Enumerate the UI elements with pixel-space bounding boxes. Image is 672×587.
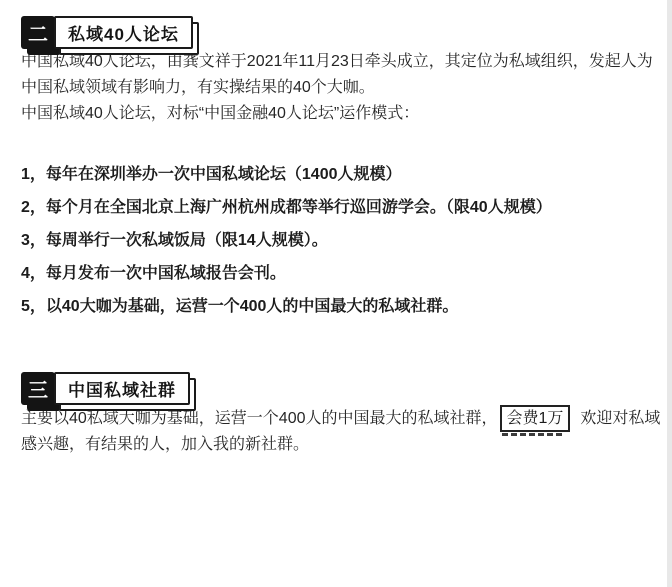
scrollbar-track[interactable]: [667, 0, 672, 587]
paragraph-forum-benchmark: 中国私域40人论坛，对标“中国金融40人论坛”运作模式：: [21, 101, 661, 127]
section-community: 三 中国私域社群 主要以40私域大咖为基础，运营一个400人的中国最大的私域社群…: [21, 372, 661, 458]
list-item: 4，每月发布一次中国私域报告会刊。: [21, 261, 661, 287]
badge-row: 三 中国私域社群: [21, 372, 661, 405]
section-badge-forum: 二 私域40人论坛: [21, 16, 193, 49]
operation-mode-list: 1，每年在深圳举办一次中国私域论坛（1400人规模） 2，每个月在全国北京上海广…: [21, 162, 661, 320]
paragraph-forum-intro: 中国私域40人论坛，由龚文祥于2021年11月23日牵头成立，其定位为私域组织，…: [21, 49, 661, 101]
membership-fee-highlight: 会费1万: [500, 405, 571, 432]
badge-front: 三 中国私域社群: [21, 372, 190, 405]
article-content: 二 私域40人论坛 中国私域40人论坛，由龚文祥于2021年11月23日牵头成立…: [21, 16, 661, 458]
section-number-icon: 二: [21, 16, 55, 49]
list-item: 2，每个月在全国北京上海广州杭州成都等举行巡回游学会。（限40人规模）: [21, 195, 661, 221]
list-item: 5，以40大咖为基础，运营一个400人的中国最大的私域社群。: [21, 294, 661, 320]
section-number-icon: 三: [21, 372, 55, 405]
closing-text-before: 主要以40私域大咖为基础，运营一个400人的中国最大的私域社群，: [21, 410, 498, 427]
badge-front: 二 私域40人论坛: [21, 16, 193, 49]
section-title: 私域40人论坛: [54, 16, 193, 49]
list-item: 3，每周举行一次私域饭局（限14人规模）。: [21, 228, 661, 254]
list-item: 1，每年在深圳举办一次中国私域论坛（1400人规模）: [21, 162, 661, 188]
section-badge-community: 三 中国私域社群: [21, 372, 190, 405]
section-title: 中国私域社群: [54, 372, 190, 405]
paragraph-community: 主要以40私域大咖为基础，运营一个400人的中国最大的私域社群，会费1万欢迎对私…: [21, 405, 661, 458]
article-page: 二 私域40人论坛 中国私域40人论坛，由龚文祥于2021年11月23日牵头成立…: [0, 0, 672, 587]
section-forum: 二 私域40人论坛 中国私域40人论坛，由龚文祥于2021年11月23日牵头成立…: [21, 16, 661, 320]
